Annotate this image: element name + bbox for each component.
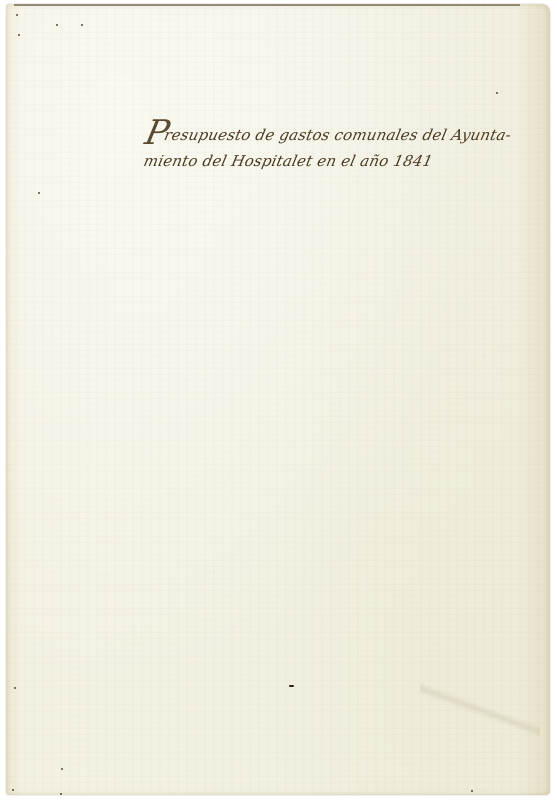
decorative-initial: P [142,113,174,153]
paper-speck [56,24,58,26]
title-line-1-text: resupuesto de gastos comunales del Ayunt… [163,126,513,144]
ink-mark [289,685,294,687]
paper-speck [18,34,20,36]
paper-speck [16,14,18,16]
title-line-2: miento del Hospitalet en el año 1841 [141,148,552,174]
paper-speck [14,687,16,689]
paper-speck [61,768,63,770]
paper-top-edge [14,4,520,6]
paper-speck [81,24,83,26]
paper-speck [12,789,14,791]
handwritten-title: Presupuesto de gastos comunales del Ayun… [144,116,549,174]
paper-speck [471,790,473,792]
paper-speck [38,192,40,194]
paper-speck [60,793,62,795]
title-line-1: Presupuesto de gastos comunales del Ayun… [141,116,553,148]
manuscript-page: Presupuesto de gastos comunales del Ayun… [6,4,550,795]
corner-fold-crease [420,665,540,755]
paper-speck [496,92,498,94]
